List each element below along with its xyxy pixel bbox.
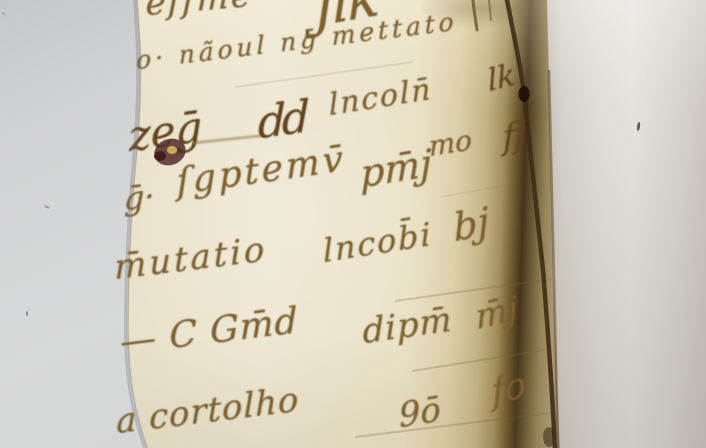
script-word: lncoln̄ — [328, 72, 433, 124]
script-word: pm̄j — [360, 141, 432, 197]
script-word: a cortolho — [116, 380, 300, 443]
script-word: m̄j — [474, 288, 519, 338]
script-word: ff — [502, 114, 526, 158]
script-word: ḡ· — [124, 177, 154, 218]
manuscript-photo: eſſme Jlk o· nãoul nḡ mettato zeḡ — dd l… — [0, 0, 706, 448]
script-word: dd — [258, 91, 306, 149]
script-word: lncob̄i — [322, 215, 433, 270]
script-word: m̄utatio — [114, 229, 268, 288]
script-word: — C Gm̄d — [120, 300, 299, 363]
handwritten-text-layer: eſſme Jlk o· nãoul nḡ mettato zeḡ — dd l… — [0, 0, 706, 448]
script-word: lk — [486, 57, 517, 99]
script-word: mo — [428, 123, 473, 163]
script-word: 9ō — [398, 389, 442, 436]
dust-speck — [26, 311, 28, 316]
script-word: bj — [452, 198, 490, 250]
script-word: fo — [490, 364, 528, 413]
dust-speck — [2, 12, 5, 15]
script-word: dipm̄ — [362, 299, 453, 352]
script-word: eſſme — [145, 0, 253, 24]
